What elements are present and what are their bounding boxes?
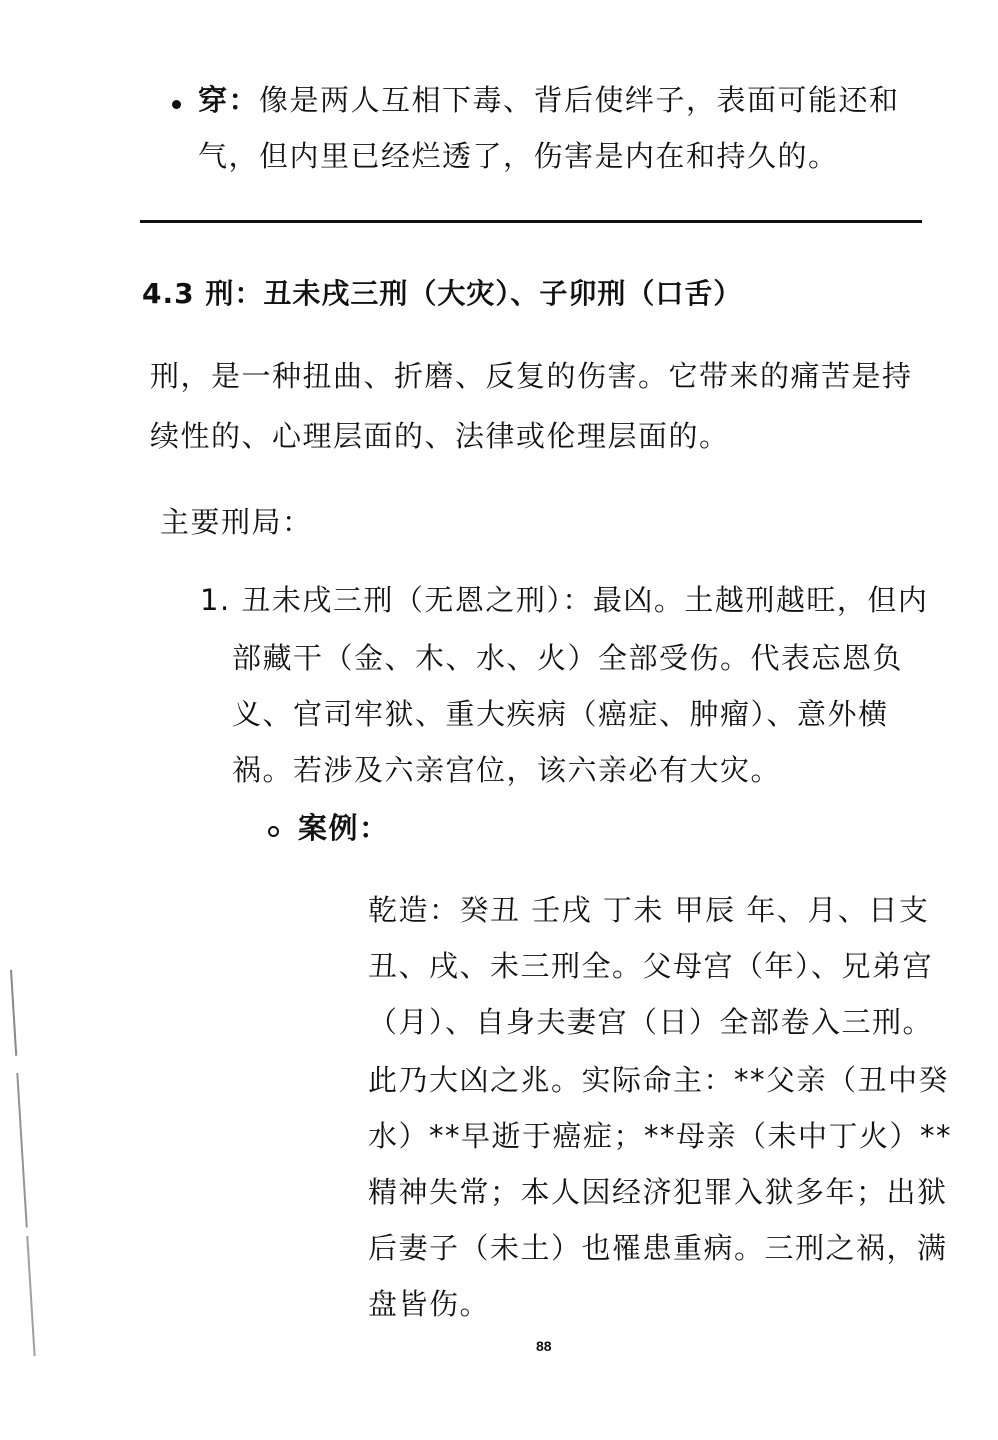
case-line: 乾造：癸丑 壬戌 丁未 甲辰 年、月、日支 [368,890,929,930]
horizontal-divider [140,220,922,223]
bullet-icon [172,100,181,109]
case-line: 水）**早逝于癌症；**母亲（未中丁火）** [368,1116,952,1156]
bullet-text: 像是两人互相下毒、背后使绊子，表面可能还和 [259,83,900,117]
list-item-1-line-4: 祸。若涉及六亲宫位，该六亲必有大灾。 [232,750,781,790]
document-page: 穿：像是两人互相下毒、背后使绊子，表面可能还和 气，但内里已经烂透了，伤害是内在… [0,0,998,1440]
intro-line-2: 续性的、心理层面的、法律或伦理层面的。 [150,416,730,456]
bullet-term: 穿： [198,83,259,117]
intro-line-1: 刑，是一种扭曲、折磨、反复的伤害。它带来的痛苦是持 [150,356,913,396]
subheading: 主要刑局： [160,502,313,542]
case-line: 盘皆伤。 [368,1284,490,1324]
case-label: 案例： [298,808,390,848]
list-item-1-line-1: 1. 丑未戌三刑（无恩之刑）：最凶。土越刑越旺，但内 [200,580,928,620]
scan-margin-mark [10,970,38,1399]
case-line: 后妻子（未土）也罹患重病。三刑之祸，满 [368,1228,948,1268]
section-heading: 4.3 刑：丑未戌三刑（大灾）、子卯刑（口舌） [142,274,742,314]
list-item-1-line-3: 义、官司牢狱、重大疾病（癌症、肿瘤）、意外横 [232,694,889,734]
case-line: 精神失常；本人因经济犯罪入狱多年；出狱 [368,1172,948,1212]
case-line: 此乃大凶之兆。实际命主：**父亲（丑中癸 [368,1060,949,1100]
list-item-1-line-2: 部藏干（金、木、水、火）全部受伤。代表忘恩负 [232,638,903,678]
bullet-line-1: 穿：像是两人互相下毒、背后使绊子，表面可能还和 [198,80,900,120]
circle-bullet-icon [268,826,279,837]
case-line: （月）、自身夫妻宫（日）全部卷入三刑。 [368,1002,933,1042]
bullet-line-2: 气，但内里已经烂透了，伤害是内在和持久的。 [198,136,839,176]
page-number: 88 [536,1338,552,1354]
case-line: 丑、戌、未三刑全。父母宫（年）、兄弟宫 [368,946,933,986]
